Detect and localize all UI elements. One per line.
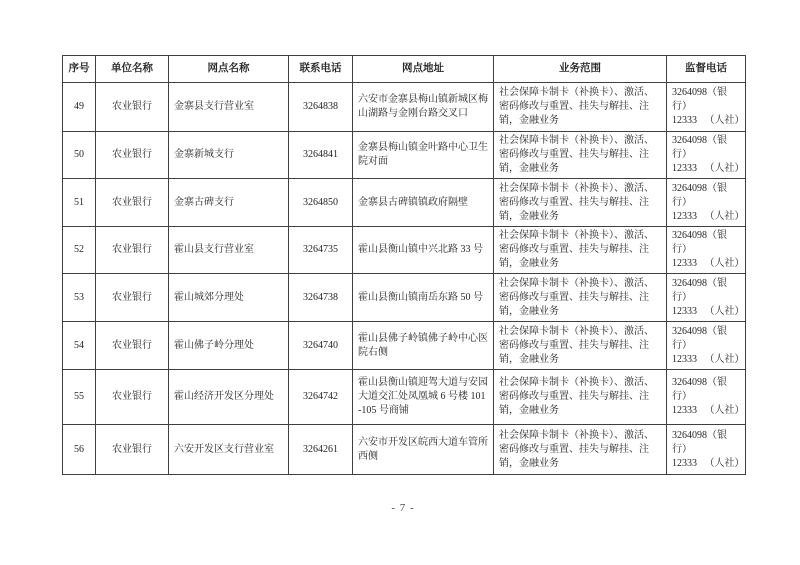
document-page: 序号 单位名称 网点名称 联系电话 网点地址 业务范围 监督电话 49 农业银行… [0, 0, 800, 565]
column-header-supervision-phone: 监督电话 [667, 56, 746, 83]
cell-branch-name: 六安开发区支行营业室 [169, 425, 289, 475]
cell-unit-name: 农业银行 [96, 83, 169, 132]
cell-unit-name: 农业银行 [96, 274, 169, 322]
cell-business-scope: 社会保障卡制卡（补换卡）、激活、密码修改与重置、挂失与解挂、注销，金融业务 [494, 274, 667, 322]
cell-unit-name: 农业银行 [96, 425, 169, 475]
cell-seq: 56 [63, 425, 96, 475]
cell-branch-name: 金寨新城支行 [169, 132, 289, 179]
table-row: 53 农业银行 霍山城郊分理处 3264738 霍山县衡山镇南岳东路 50 号 … [63, 274, 746, 322]
cell-branch-name: 霍山县支行营业室 [169, 227, 289, 274]
cell-branch-name: 霍山经济开发区分理处 [169, 370, 289, 425]
cell-unit-name: 农业银行 [96, 227, 169, 274]
cell-contact-phone: 3264740 [289, 322, 353, 370]
cell-contact-phone: 3264735 [289, 227, 353, 274]
cell-seq: 50 [63, 132, 96, 179]
table-row: 54 农业银行 霍山佛子岭分理处 3264740 霍山县佛子岭镇佛子岭中心医院右… [63, 322, 746, 370]
cell-business-scope: 社会保障卡制卡（补换卡）、激活、密码修改与重置、挂失与解挂、注销，金融业务 [494, 370, 667, 425]
table-row: 49 农业银行 金寨县支行营业室 3264838 六安市金寨县梅山镇新城区梅山湖… [63, 83, 746, 132]
cell-seq: 51 [63, 179, 96, 227]
cell-branch-name: 霍山佛子岭分理处 [169, 322, 289, 370]
cell-seq: 55 [63, 370, 96, 425]
cell-contact-phone: 3264850 [289, 179, 353, 227]
table-row: 51 农业银行 金寨古碑支行 3264850 金寨县古碑镇镇政府隔壁 社会保障卡… [63, 179, 746, 227]
cell-supervision-phone: 3264098（银行） 12333 （人社） [667, 179, 746, 227]
column-header-branch-address: 网点地址 [353, 56, 494, 83]
cell-unit-name: 农业银行 [96, 322, 169, 370]
column-header-contact-phone: 联系电话 [289, 56, 353, 83]
column-header-business-scope: 业务范围 [494, 56, 667, 83]
column-header-unit-name: 单位名称 [96, 56, 169, 83]
cell-contact-phone: 3264261 [289, 425, 353, 475]
cell-branch-address: 六安市开发区皖西大道车管所西侧 [353, 425, 494, 475]
column-header-branch-name: 网点名称 [169, 56, 289, 83]
cell-business-scope: 社会保障卡制卡（补换卡）、激活、密码修改与重置、挂失与解挂、注销，金融业务 [494, 322, 667, 370]
bank-branch-table: 序号 单位名称 网点名称 联系电话 网点地址 业务范围 监督电话 49 农业银行… [62, 55, 746, 475]
cell-branch-name: 金寨县支行营业室 [169, 83, 289, 132]
cell-branch-address: 霍山县衡山镇南岳东路 50 号 [353, 274, 494, 322]
cell-supervision-phone: 3264098（银行） 12333 （人社） [667, 322, 746, 370]
cell-supervision-phone: 3264098（银行） 12333 （人社） [667, 132, 746, 179]
cell-contact-phone: 3264738 [289, 274, 353, 322]
cell-business-scope: 社会保障卡制卡（补换卡）、激活、密码修改与重置、挂失与解挂、注销，金融业务 [494, 132, 667, 179]
cell-unit-name: 农业银行 [96, 370, 169, 425]
cell-branch-name: 金寨古碑支行 [169, 179, 289, 227]
column-header-seq: 序号 [63, 56, 96, 83]
table-row: 56 农业银行 六安开发区支行营业室 3264261 六安市开发区皖西大道车管所… [63, 425, 746, 475]
cell-supervision-phone: 3264098（银行） 12333 （人社） [667, 370, 746, 425]
cell-business-scope: 社会保障卡制卡（补换卡）、激活、密码修改与重置、挂失与解挂、注销，金融业务 [494, 425, 667, 475]
cell-branch-address: 六安市金寨县梅山镇新城区梅山湖路与金刚台路交叉口 [353, 83, 494, 132]
cell-seq: 54 [63, 322, 96, 370]
cell-seq: 49 [63, 83, 96, 132]
cell-supervision-phone: 3264098（银行） 12333 （人社） [667, 83, 746, 132]
cell-business-scope: 社会保障卡制卡（补换卡）、激活、密码修改与重置、挂失与解挂、注销，金融业务 [494, 83, 667, 132]
cell-branch-address: 霍山县衡山镇中兴北路 33 号 [353, 227, 494, 274]
cell-contact-phone: 3264838 [289, 83, 353, 132]
cell-business-scope: 社会保障卡制卡（补换卡）、激活、密码修改与重置、挂失与解挂、注销，金融业务 [494, 227, 667, 274]
cell-branch-address: 霍山县衡山镇迎驾大道与安园大道交汇处凤凰城 6 号楼 101-105 号商铺 [353, 370, 494, 425]
cell-branch-address: 霍山县佛子岭镇佛子岭中心医院右侧 [353, 322, 494, 370]
cell-seq: 52 [63, 227, 96, 274]
table-row: 52 农业银行 霍山县支行营业室 3264735 霍山县衡山镇中兴北路 33 号… [63, 227, 746, 274]
cell-contact-phone: 3264742 [289, 370, 353, 425]
cell-branch-address: 金寨县古碑镇镇政府隔壁 [353, 179, 494, 227]
cell-seq: 53 [63, 274, 96, 322]
table-row: 55 农业银行 霍山经济开发区分理处 3264742 霍山县衡山镇迎驾大道与安园… [63, 370, 746, 425]
cell-unit-name: 农业银行 [96, 179, 169, 227]
table-header-row: 序号 单位名称 网点名称 联系电话 网点地址 业务范围 监督电话 [63, 56, 746, 83]
cell-unit-name: 农业银行 [96, 132, 169, 179]
page-number: - 7 - [0, 502, 800, 514]
cell-contact-phone: 3264841 [289, 132, 353, 179]
cell-supervision-phone: 3264098（银行） 12333 （人社） [667, 227, 746, 274]
cell-branch-address: 金寨县梅山镇金叶路中心卫生院对面 [353, 132, 494, 179]
cell-branch-name: 霍山城郊分理处 [169, 274, 289, 322]
cell-business-scope: 社会保障卡制卡（补换卡）、激活、密码修改与重置、挂失与解挂、注销，金融业务 [494, 179, 667, 227]
cell-supervision-phone: 3264098（银行） 12333 （人社） [667, 425, 746, 475]
cell-supervision-phone: 3264098（银行） 12333 （人社） [667, 274, 746, 322]
table-row: 50 农业银行 金寨新城支行 3264841 金寨县梅山镇金叶路中心卫生院对面 … [63, 132, 746, 179]
